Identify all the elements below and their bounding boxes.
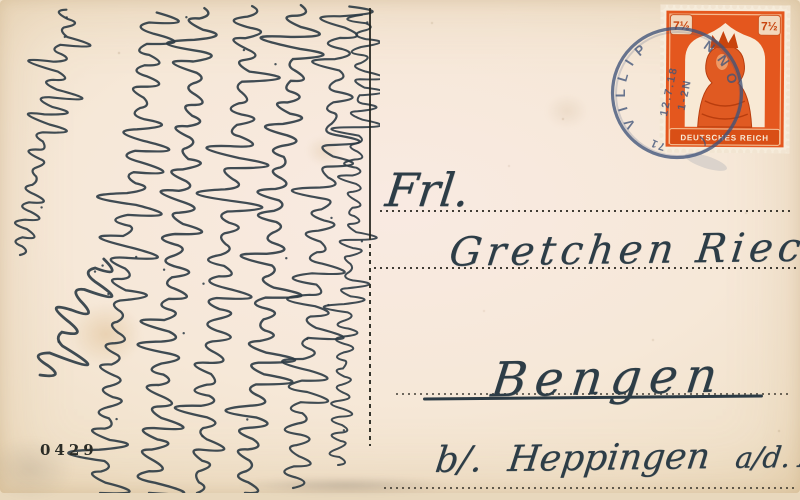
postmark-letter: I	[622, 57, 637, 68]
postmark-letter: V	[621, 116, 638, 132]
ink-dot	[202, 283, 204, 285]
ink-dot	[40, 206, 42, 208]
ink-dot	[94, 270, 96, 272]
handwriting-stroke	[15, 10, 90, 255]
ink-dot	[135, 256, 137, 258]
postmark-letter: L	[613, 89, 628, 97]
postcard: Frl. Gretchen Rieck Bengen b/. Heppingen…	[0, 0, 800, 493]
divider-line	[369, 236, 371, 446]
ink-dot	[115, 418, 117, 420]
ink-dot	[66, 16, 68, 18]
address-region: a/d. Ahr.	[733, 439, 800, 477]
ink-dot	[101, 264, 103, 266]
divider-line-top	[369, 8, 371, 236]
paper-stain	[546, 94, 588, 128]
postmark: VILLIPNNO17( 12.7.18 1-2N	[598, 12, 773, 177]
address-name: Gretchen Rieck	[447, 224, 800, 275]
ink-dot	[306, 338, 308, 340]
ink-dot	[361, 240, 363, 242]
ink-dot	[185, 16, 187, 18]
postmark-letter: O	[723, 71, 740, 85]
handwritten-message	[0, 0, 380, 493]
postmark-letter: N	[701, 38, 718, 56]
handwriting-stroke	[38, 259, 112, 376]
address-line-4: b/. Heppingen a/d. Ahr.	[433, 434, 800, 481]
address-rule-4	[384, 487, 798, 489]
postmark-letter: N	[714, 52, 732, 69]
ink-dot	[343, 429, 345, 431]
handwriting-stroke	[138, 8, 217, 493]
postmark-letter: P	[632, 42, 649, 59]
ink-dot	[183, 332, 185, 334]
address-prefix: b/.	[433, 439, 485, 481]
ink-dot	[243, 49, 245, 51]
address-salutation: Frl.	[383, 163, 473, 217]
postmark-letter: (	[699, 135, 708, 147]
ink-dot	[163, 269, 165, 271]
ink-dot	[274, 63, 276, 65]
address-place: Heppingen	[506, 436, 713, 480]
ink-dot	[107, 293, 109, 295]
ink-dot	[64, 36, 66, 38]
control-number: 0429	[40, 441, 98, 459]
handwriting-stroke	[226, 5, 324, 493]
ink-dot	[330, 217, 332, 219]
postmark-smudge	[683, 149, 729, 174]
ink-dot	[285, 257, 287, 259]
ink-dot	[201, 435, 203, 437]
ink-dot	[246, 418, 248, 420]
handwriting-stroke	[68, 13, 178, 494]
address-town: Bengen	[488, 348, 728, 409]
postmark-time: 1-2N	[676, 78, 694, 112]
ink-dot	[57, 341, 59, 343]
